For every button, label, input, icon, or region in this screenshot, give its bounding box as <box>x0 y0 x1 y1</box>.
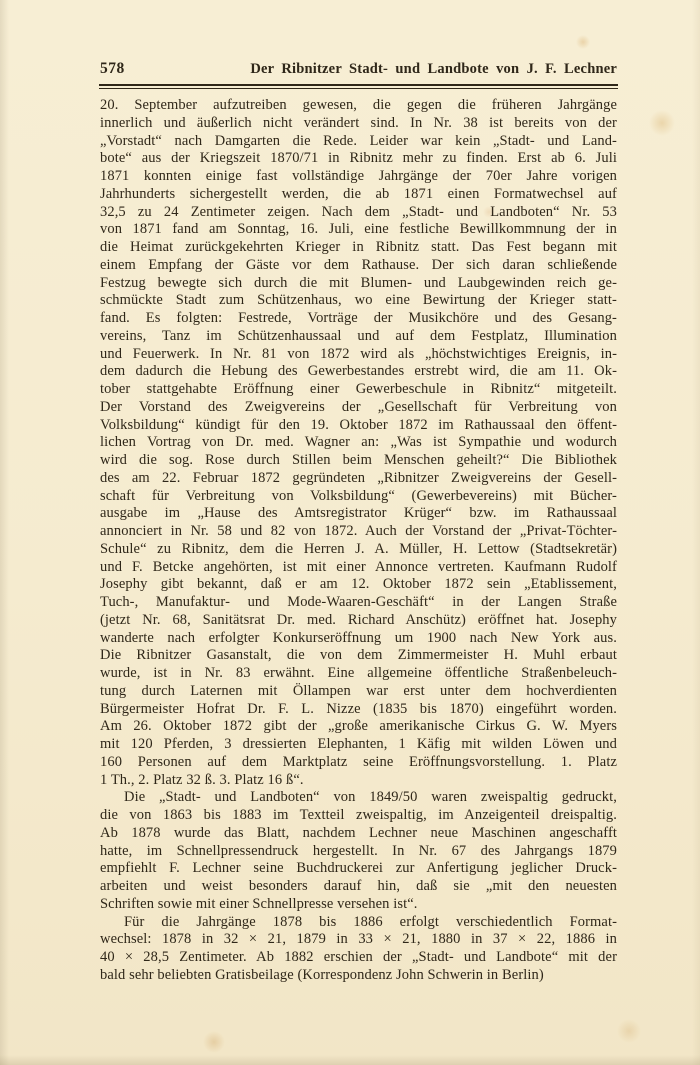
text-line: von 1871 fand am Sonntag, 16. Juli, eine… <box>100 221 617 239</box>
text-line: fand. Es folgten: Festrede, Vorträge der… <box>100 310 617 328</box>
text-line: (jetzt Nr. 68, Sanitätsrat Dr. med. Rich… <box>100 612 617 630</box>
text-line: „Vorstadt“ nach Damgarten die Rede. Leid… <box>100 133 617 151</box>
text-line: Für die Jahrgänge 1878 bis 1886 erfolgt … <box>100 914 617 932</box>
text-line: tober stattgehabte Eröffnung einer Gewer… <box>100 381 617 399</box>
text-line: Am 26. Oktober 1872 gibt der „große amer… <box>100 718 617 736</box>
text-line: Jahrhunderts sichergestellt werden, die … <box>100 186 617 204</box>
page-header: 578 Der Ribnitzer Stadt- und Landbote vo… <box>100 60 617 78</box>
text-line: schmückte Stadt zum Schützenhaus, wo ein… <box>100 292 617 310</box>
text-line: innerlich und äußerlich nicht verändert … <box>100 115 617 133</box>
page-number: 578 <box>100 60 125 78</box>
text-line: annonciert in Nr. 58 und 82 von 1872. Au… <box>100 523 617 541</box>
text-line: hatte, im Schnellpressendruck hergestell… <box>100 843 617 861</box>
page-body-text: 20. September aufzutreiben gewesen, die … <box>100 97 617 985</box>
running-title: Der Ribnitzer Stadt- und Landbote von J.… <box>250 61 617 78</box>
text-line: wechsel: 1878 in 32 × 21, 1879 in 33 × 2… <box>100 931 617 949</box>
text-line: Festzug bewegte sich durch die mit Blume… <box>100 275 617 293</box>
text-line: Bürgermeister Hofrat Dr. F. L. Nizze (18… <box>100 701 617 719</box>
text-line: Der Vorstand des Zweigvereins der „Gesel… <box>100 399 617 417</box>
text-line: ausgabe im „Hause des Amtsregistrator Kr… <box>100 505 617 523</box>
text-line: 1871 konnten einige fast vollständige Ja… <box>100 168 617 186</box>
book-page: 578 Der Ribnitzer Stadt- und Landbote vo… <box>0 0 700 1065</box>
text-line: schaft für Verbreitung von Volksbildung“… <box>100 488 617 506</box>
text-line: einem Empfang der Gäste vor dem Rathause… <box>100 257 617 275</box>
text-line: Die „Stadt- und Landboten“ von 1849/50 w… <box>100 789 617 807</box>
text-line: und Feuerwerk. In Nr. 81 von 1872 wird a… <box>100 346 617 364</box>
text-line: des am 22. Februar 1872 gegründeten „Rib… <box>100 470 617 488</box>
text-line: empfiehlt F. Lechner seine Buchdruckerei… <box>100 860 617 878</box>
text-line: die von 1863 bis 1883 im Textteil zweisp… <box>100 807 617 825</box>
text-line: Josephy gibt bekannt, daß er am 12. Okto… <box>100 576 617 594</box>
header-double-rule <box>99 84 618 89</box>
paragraph: Die „Stadt- und Landboten“ von 1849/50 w… <box>100 789 617 913</box>
text-line: tung durch Laternen mit Öllampen war ers… <box>100 683 617 701</box>
text-line: die Heimat zurückgekehrten Krieger in Ri… <box>100 239 617 257</box>
text-line: 32,5 zu 24 Zentimeter zeigen. Nach dem „… <box>100 204 617 222</box>
text-line: 20. September aufzutreiben gewesen, die … <box>100 97 617 115</box>
text-line: 40 × 28,5 Zentimeter. Ab 1882 erschien d… <box>100 949 617 967</box>
text-line: bote“ aus der Kriegszeit 1870/71 in Ribn… <box>100 150 617 168</box>
text-line: Volksbildung“ kündigt für den 19. Oktobe… <box>100 417 617 435</box>
text-line: Schriften sowie mit einer Schnellpresse … <box>100 896 617 914</box>
text-line: wurde, ist in Nr. 83 erwähnt. Eine allge… <box>100 665 617 683</box>
text-line: 1 Th., 2. Platz 32 ß. 3. Platz 16 ß“. <box>100 772 617 790</box>
text-line: Schule“ zu Ribnitz, dem die Herren J. A.… <box>100 541 617 559</box>
text-line: vereins, Tanz im Schützenhaussaal und au… <box>100 328 617 346</box>
paragraph: 20. September aufzutreiben gewesen, die … <box>100 97 617 789</box>
text-line: wanderte nach erfolgter Konkurseröffnung… <box>100 630 617 648</box>
text-line: 160 Personen auf dem Marktplatz seine Er… <box>100 754 617 772</box>
text-line: mit 120 Pferden, 3 dressierten Elephante… <box>100 736 617 754</box>
paragraph: Für die Jahrgänge 1878 bis 1886 erfolgt … <box>100 914 617 985</box>
text-line: lichen Vortrag von Dr. med. Wagner an: „… <box>100 434 617 452</box>
text-line: und F. Betcke angehörten, ist mit einer … <box>100 559 617 577</box>
text-line: Tuch-, Manufaktur- und Mode-Waaren-Gesch… <box>100 594 617 612</box>
text-line: wird die sog. Rose durch Stillen beim Me… <box>100 452 617 470</box>
text-line: bald sehr beliebten Gratisbeilage (Korre… <box>100 967 617 985</box>
text-line: Die Ribnitzer Gasanstalt, die von dem Zi… <box>100 647 617 665</box>
text-line: Ab 1878 wurde das Blatt, nachdem Lechner… <box>100 825 617 843</box>
text-line: arbeiten und weist besonders darauf hin,… <box>100 878 617 896</box>
text-line: dem dadurch die Hebung des Gewerbestande… <box>100 363 617 381</box>
